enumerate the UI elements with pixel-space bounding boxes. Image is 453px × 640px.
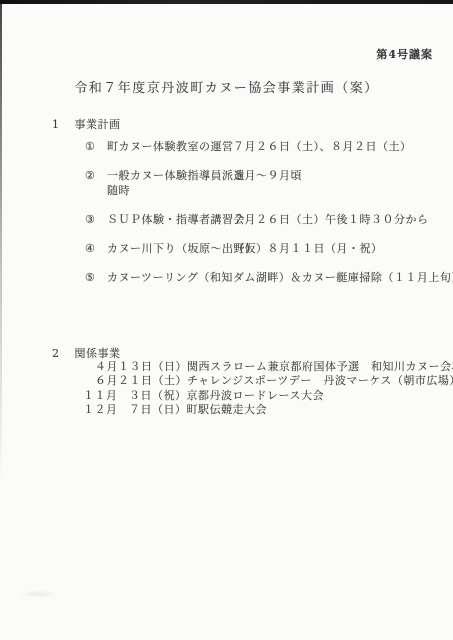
event-name: チャレンジスポーツデー 丹波マーケス（朝市広場） bbox=[187, 374, 453, 388]
list-item: ③ ＳＵＰ体験・指導者講習会 ７月２６日（土）午後１時３０分から bbox=[85, 212, 447, 227]
business-plan-items-list: ① 町カヌー体験教室の運営 ７月２６日（土）、８月２日（土） ② 一般カヌー体験… bbox=[85, 139, 447, 299]
event-date: ６月２１日（土） bbox=[95, 374, 187, 388]
scanned-document-page: 第4号議案 令和７年度京丹波町カヌー協会事業計画（案） 1事業計画 ① 町カヌー… bbox=[0, 0, 453, 640]
event-date: １１月 ３日（祝） bbox=[83, 389, 187, 403]
list-item: ② 一般カヌー体験指導員派遣 ５月～９月頃 随時 bbox=[85, 168, 447, 198]
section2-heading: 2関係事業 bbox=[52, 345, 121, 361]
item-marker-4: ④ bbox=[85, 241, 107, 256]
event-row: １１月 ３日（祝）京都丹波ロードレース大会 bbox=[83, 389, 447, 403]
section1-heading: 1事業計画 bbox=[52, 116, 121, 132]
event-date: １２月 ７日（日） bbox=[83, 403, 187, 417]
event-row: １２月 ７日（日）町駅伝競走大会 bbox=[83, 403, 447, 417]
item-body: ＳＵＰ体験・指導者講習会 ７月２６日（土）午後１時３０分から bbox=[107, 212, 447, 227]
event-name: 町駅伝競走大会 bbox=[187, 403, 268, 417]
item-name: カヌー川下り（坂原～出野） bbox=[107, 241, 233, 256]
event-name: 関西スラローム兼京都府国体予選 和知川カヌー会場 bbox=[187, 360, 453, 374]
item-marker-1: ① bbox=[85, 139, 107, 154]
item-note: 随時 bbox=[107, 183, 447, 198]
item-schedule: （仮）８月１１日（月・祝） bbox=[233, 241, 447, 256]
scanner-left-edge-artifact bbox=[0, 4, 2, 484]
item-name: カヌーツーリング（和知ダム湖畔）＆カヌー艇庫掃除（１１月上旬） bbox=[107, 270, 453, 285]
section2-number: 2 bbox=[52, 347, 60, 360]
item-schedule: ７月２６日（土）、８月２日（土） bbox=[233, 139, 447, 154]
list-item: ① 町カヌー体験教室の運営 ７月２６日（土）、８月２日（土） bbox=[85, 139, 447, 154]
list-item: ⑤ カヌーツーリング（和知ダム湖畔）＆カヌー艇庫掃除（１１月上旬） bbox=[85, 270, 447, 285]
scanner-edge-bar bbox=[0, 0, 453, 4]
item-body: 町カヌー体験教室の運営 ７月２６日（土）、８月２日（土） bbox=[107, 139, 447, 154]
related-events-list: ４月１３日（日）関西スラローム兼京都府国体予選 和知川カヌー会場 ６月２１日（土… bbox=[52, 360, 447, 418]
document-title: 令和７年度京丹波町カヌー協会事業計画（案） bbox=[0, 77, 453, 96]
item-body: カヌー川下り（坂原～出野） （仮）８月１１日（月・祝） bbox=[107, 241, 447, 256]
event-date: ４月１３日（日） bbox=[95, 360, 187, 374]
scan-smudge-artifact bbox=[18, 590, 58, 598]
section2-title: 関係事業 bbox=[75, 347, 121, 360]
item-body: 一般カヌー体験指導員派遣 ５月～９月頃 随時 bbox=[107, 168, 447, 198]
item-schedule: ５月～９月頃 bbox=[233, 168, 447, 183]
event-name: 京都丹波ロードレース大会 bbox=[187, 389, 324, 403]
section1-number: 1 bbox=[52, 118, 60, 131]
item-marker-5: ⑤ bbox=[85, 270, 107, 285]
item-marker-3: ③ bbox=[85, 212, 107, 227]
section1-title: 事業計画 bbox=[75, 118, 121, 131]
item-body: カヌーツーリング（和知ダム湖畔）＆カヌー艇庫掃除（１１月上旬） bbox=[107, 270, 453, 285]
item-name: 一般カヌー体験指導員派遣 bbox=[107, 168, 233, 183]
item-marker-2: ② bbox=[85, 168, 107, 183]
item-schedule: ７月２６日（土）午後１時３０分から bbox=[233, 212, 447, 227]
event-row: ４月１３日（日）関西スラローム兼京都府国体予選 和知川カヌー会場 bbox=[95, 360, 447, 374]
proposal-number-label: 第4号議案 bbox=[376, 46, 433, 62]
event-row: ６月２１日（土）チャレンジスポーツデー 丹波マーケス（朝市広場） bbox=[95, 374, 447, 388]
item-name: ＳＵＰ体験・指導者講習会 bbox=[107, 212, 233, 227]
item-name: 町カヌー体験教室の運営 bbox=[107, 139, 233, 154]
list-item: ④ カヌー川下り（坂原～出野） （仮）８月１１日（月・祝） bbox=[85, 241, 447, 256]
